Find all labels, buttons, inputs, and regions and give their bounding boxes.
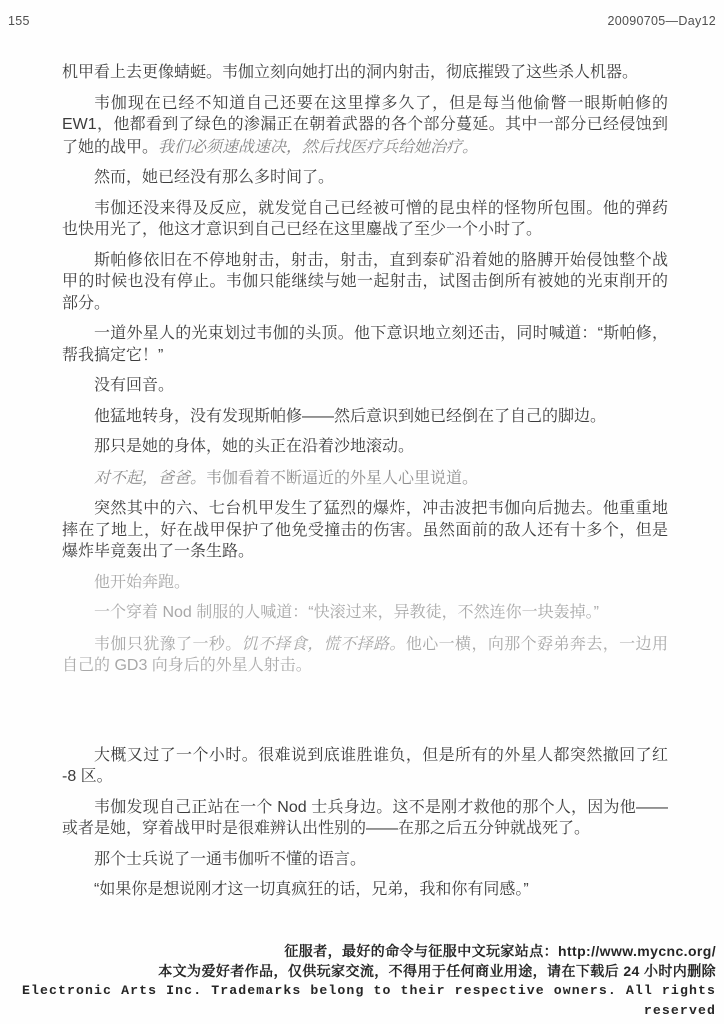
thought-text: 饥不择食，慌不择路。 [242, 634, 406, 653]
page-header: 155 20090705—Day12 [8, 14, 716, 28]
narration-text: 那只是她的身体，她的头正在沿着沙地滚动。 [94, 438, 414, 455]
paragraph: 他猛地转身，没有发现斯帕修——然后意识到她已经倒在了自己的脚边。 [62, 406, 668, 428]
narration-text: 韦伽发现自己正站在一个 Nod 士兵身边。这不是刚才救他的那个人，因为他——或者… [62, 799, 668, 838]
narration-text: 韦伽只犹豫了一秒。 [94, 636, 242, 653]
narration-text: 韦伽还没来得及反应，就发觉自己已经被可憎的昆虫样的怪物所包围。他的弹药也快用光了… [62, 200, 668, 239]
footer-copyright-line: Electronic Arts Inc. Trademarks belong t… [6, 981, 716, 1020]
paragraph: 大概又过了一个小时。很难说到底谁胜谁负，但是所有的外星人都突然撤回了红 -8 区… [62, 745, 668, 788]
narration-text: 他猛地转身，没有发现斯帕修——然后意识到她已经倒在了自己的脚边。 [94, 408, 606, 425]
paragraph: 没有回音。 [62, 375, 668, 397]
paragraph: 韦伽现在已经不知道自己还要在这里撑多久了，但是每当他偷瞥一眼斯帕修的 EW1，他… [62, 93, 668, 159]
paragraph: 那个士兵说了一通韦伽听不懂的语言。 [62, 849, 668, 871]
narration-text: “如果你是想说刚才这一切真疯狂的话，兄弟，我和你有同感。” [94, 881, 529, 898]
narration-text: 大概又过了一个小时。很难说到底谁胜谁负，但是所有的外星人都突然撤回了红 -8 区… [62, 747, 668, 786]
paragraph: 斯帕修依旧在不停地射击，射击，射击，直到泰矿沿着她的胳膊开始侵蚀整个战甲的时候也… [62, 250, 668, 315]
paragraph: 然而，她已经没有那么多时间了。 [62, 167, 668, 189]
paragraph: 韦伽还没来得及反应，就发觉自己已经被可憎的昆虫样的怪物所包围。他的弹药也快用光了… [62, 198, 668, 241]
page-number: 155 [8, 14, 30, 28]
page-footer: 征服者，最好的命令与征服中文玩家站点：http://www.mycnc.org/… [6, 942, 716, 1020]
narration-text: 韦伽看着不断逼近的外星人心里说道。 [206, 470, 478, 487]
paragraph: 韦伽发现自己正站在一个 Nod 士兵身边。这不是刚才救他的那个人，因为他——或者… [62, 797, 668, 840]
narration-text: 突然其中的六、七台机甲发生了猛烈的爆炸，冲击波把韦伽向后抛去。他重重地摔在了地上… [62, 500, 668, 560]
narration-text: 一个穿着 Nod 制服的人喊道：“快滚过来，异教徒，不然连你一块轰掉。” [94, 604, 599, 621]
footer-disclaimer-line: 本文为爱好者作品，仅供玩家交流，不得用于任何商业用途，请在下载后 24 小时内删… [6, 962, 716, 982]
date-label: 20090705—Day12 [608, 14, 716, 28]
narration-text: 机甲看上去更像蜻蜓。韦伽立刻向她打出的洞内射击，彻底摧毁了这些杀人机器。 [62, 64, 638, 81]
paragraph: 机甲看上去更像蜻蜓。韦伽立刻向她打出的洞内射击，彻底摧毁了这些杀人机器。 [62, 62, 668, 84]
paragraph: 对不起，爸爸。韦伽看着不断逼近的外星人心里说道。 [62, 467, 668, 490]
narration-text: 他开始奔跑。 [94, 574, 190, 591]
document-page: 155 20090705—Day12 机甲看上去更像蜻蜓。韦伽立刻向她打出的洞内… [0, 0, 724, 1024]
paragraph: 一道外星人的光束划过韦伽的头顶。他下意识地立刻还击，同时喊道：“斯帕修，帮我搞定… [62, 323, 668, 366]
paragraph: 突然其中的六、七台机甲发生了猛烈的爆炸，冲击波把韦伽向后抛去。他重重地摔在了地上… [62, 498, 668, 563]
narration-text: 一道外星人的光束划过韦伽的头顶。他下意识地立刻还击，同时喊道：“斯帕修，帮我搞定… [62, 325, 668, 364]
paragraph: 一个穿着 Nod 制服的人喊道：“快滚过来，异教徒，不然连你一块轰掉。” [62, 602, 668, 624]
narration-text: 没有回音。 [94, 377, 174, 394]
paragraph: 那只是她的身体，她的头正在沿着沙地滚动。 [62, 436, 668, 458]
paragraph: “如果你是想说刚才这一切真疯狂的话，兄弟，我和你有同感。” [62, 879, 668, 901]
narration-text: 那个士兵说了一通韦伽听不懂的语言。 [94, 851, 366, 868]
narration-text: 斯帕修依旧在不停地射击，射击，射击，直到泰矿沿着她的胳膊开始侵蚀整个战甲的时候也… [62, 252, 668, 312]
paragraph: 韦伽只犹豫了一秒。饥不择食，慌不择路。他心一横，向那个孬弟奔去，一边用自己的 G… [62, 633, 668, 677]
thought-text: 对不起，爸爸。 [94, 468, 206, 487]
paragraph: 他开始奔跑。 [62, 572, 668, 594]
thought-text: 我们必须速战速决，然后找医疗兵给她治疗。 [158, 137, 478, 156]
story-body: 机甲看上去更像蜻蜓。韦伽立刻向她打出的洞内射击，彻底摧毁了这些杀人机器。韦伽现在… [62, 62, 668, 901]
narration-text: 然而，她已经没有那么多时间了。 [94, 169, 334, 186]
footer-site-line: 征服者，最好的命令与征服中文玩家站点：http://www.mycnc.org/ [6, 942, 716, 962]
